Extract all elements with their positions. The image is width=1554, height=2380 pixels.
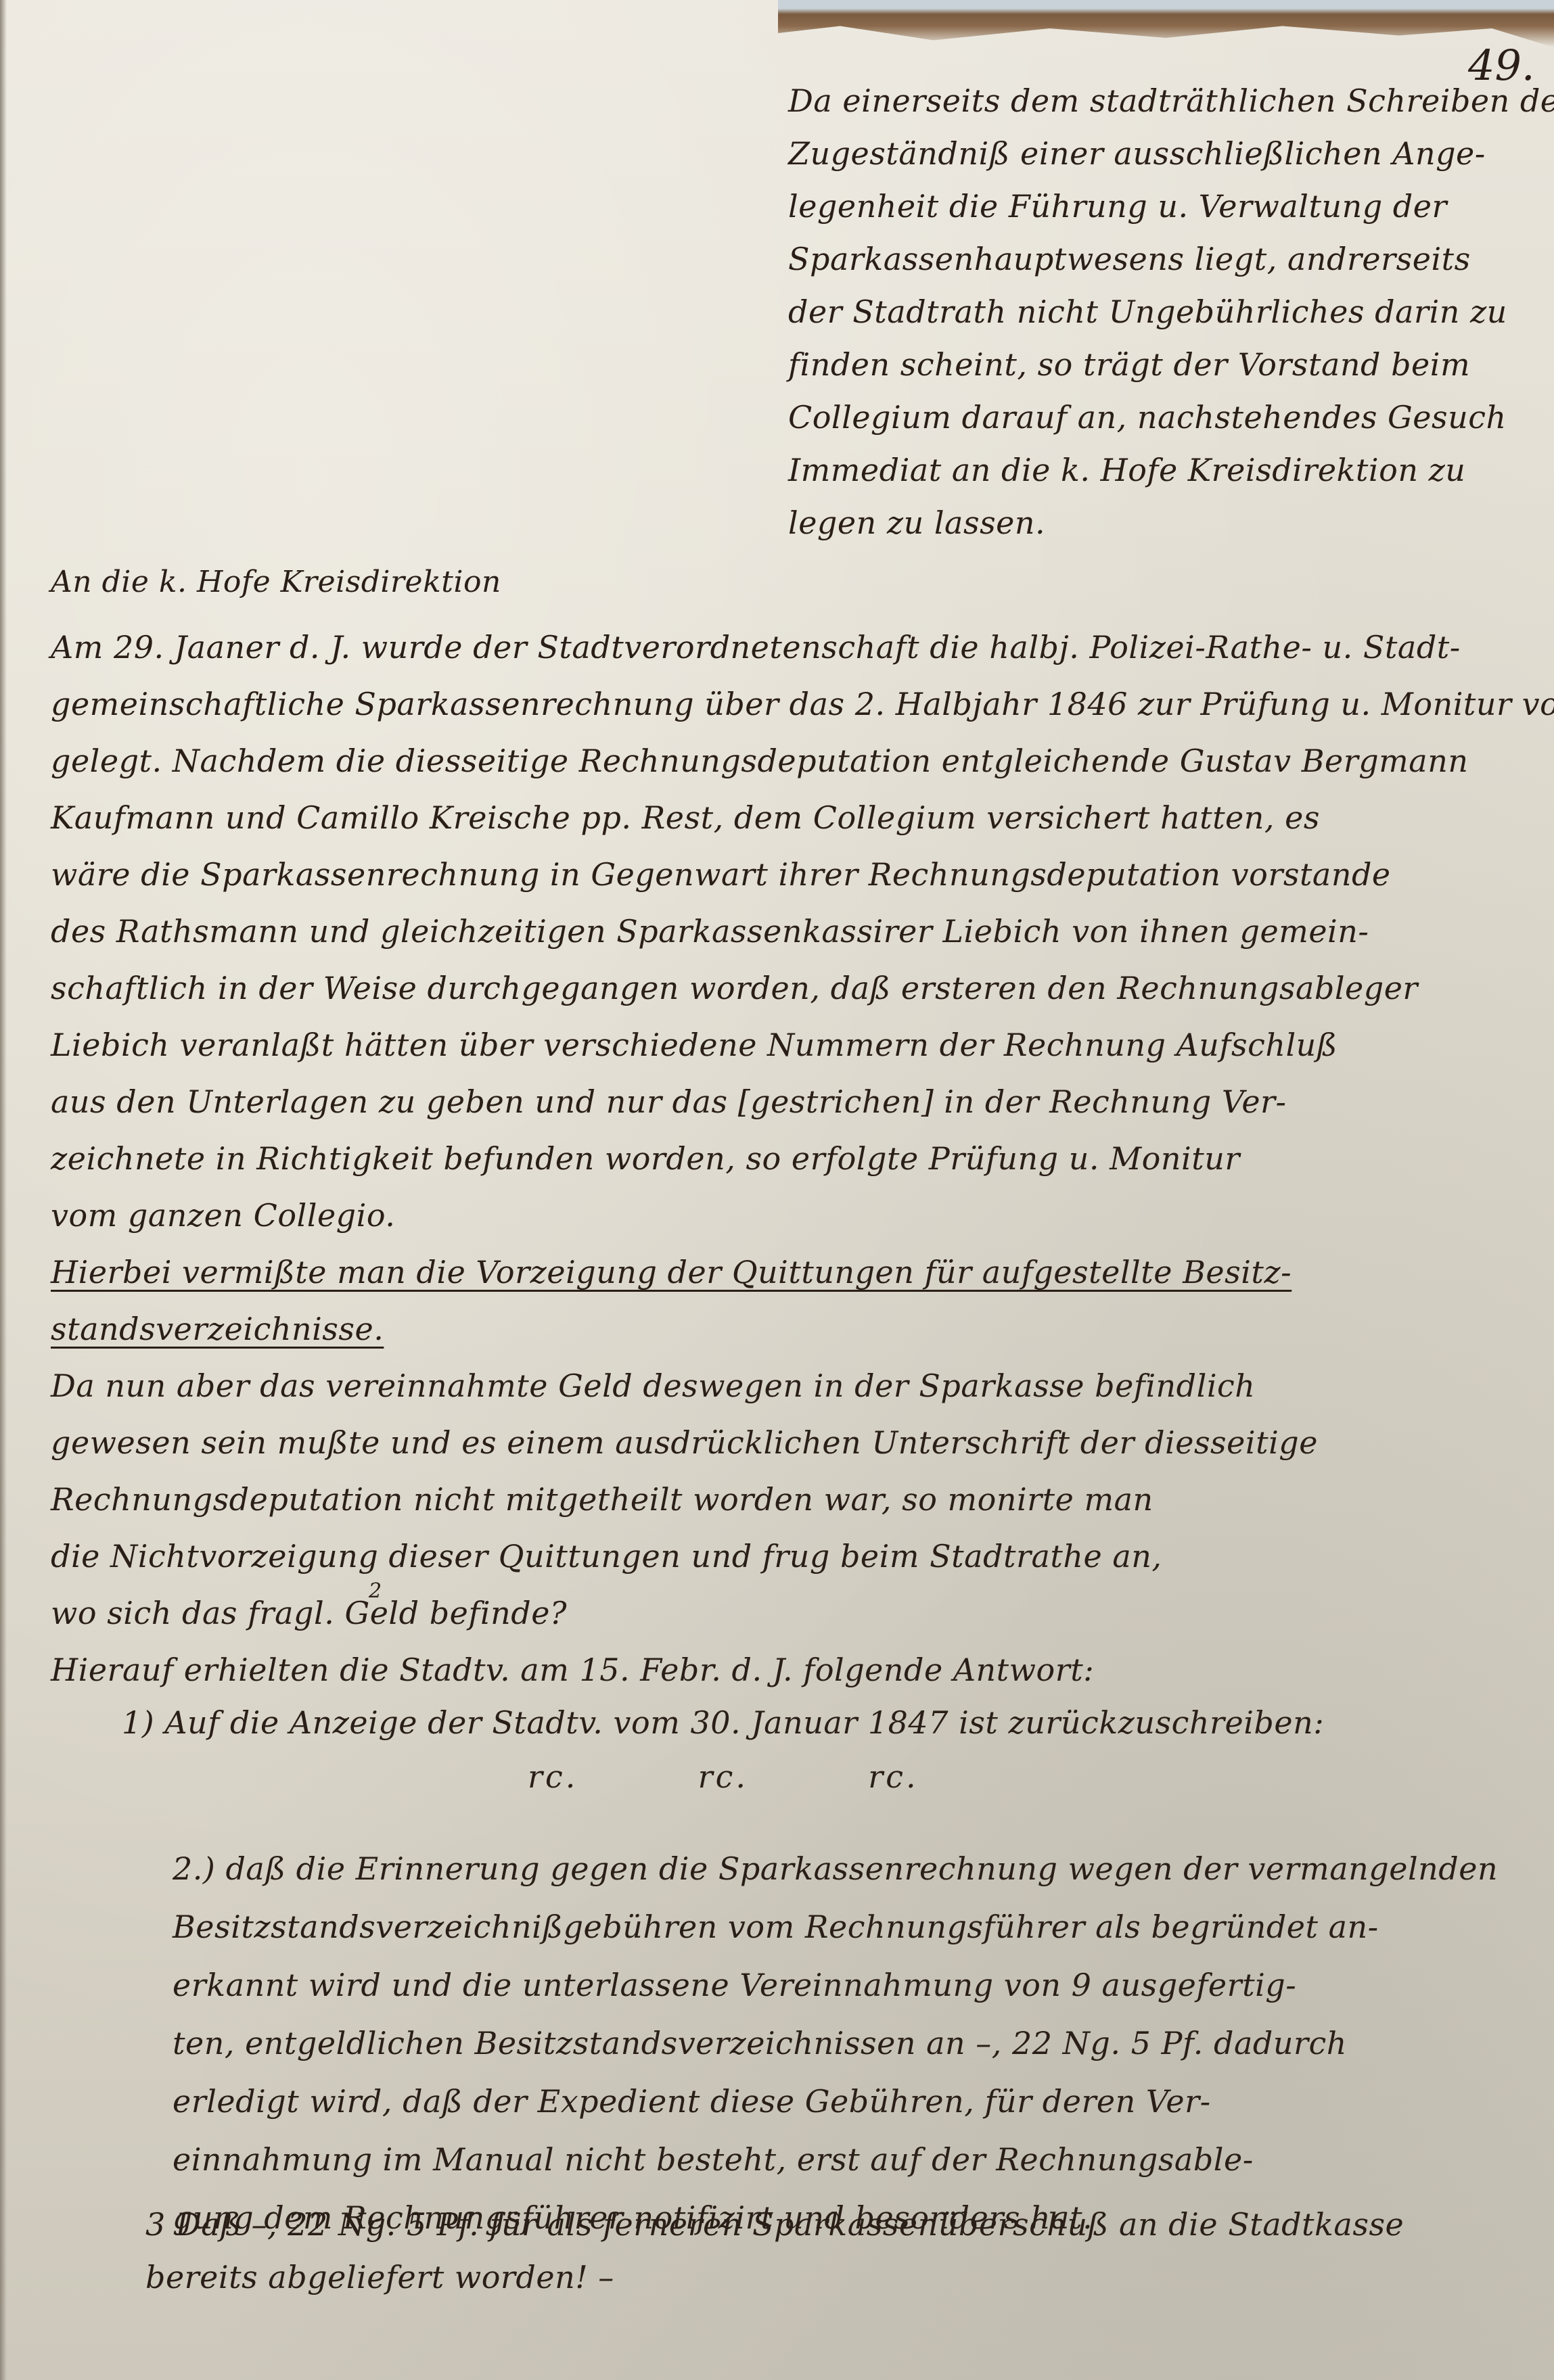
text-line: Collegium darauf an, nachstehendes Gesuc… (788, 391, 1554, 444)
text-line: finden scheint, so trägt der Vorstand be… (788, 338, 1554, 391)
text-line: gelegt. Nachdem die diesseitige Rechnung… (51, 732, 1539, 789)
text-line: ten, entgeldlichen Besitzstandsverzeichn… (173, 2014, 1498, 2072)
text-line: legenheit die Führung u. Verwaltung der (788, 180, 1554, 233)
text-line: einnahmung im Manual nicht besteht, erst… (173, 2130, 1498, 2189)
text-line: Immediat an die k. Hofe Kreisdirektion z… (788, 444, 1554, 496)
list-item-1: 1) Auf die Anzeige der Stadtv. vom 30. J… (122, 1704, 1324, 1741)
text-line: Da einerseits dem stadträthlichen Schrei… (788, 74, 1554, 127)
text-line: gemeinschaftliche Sparkassenrechnung übe… (51, 676, 1539, 732)
text-line: Liebich veranlaßt hätten über verschiede… (51, 1017, 1539, 1073)
continuation-mark: rc. (868, 1758, 918, 1795)
text-line: des Rathsmann und gleichzeitigen Sparkas… (51, 903, 1539, 960)
text-line: Am 29. Jaaner d. J. wurde der Stadtveror… (51, 619, 1539, 676)
text-line-underlined: standsverzeichnisse. (51, 1301, 1539, 1357)
text-line: erkannt wird und die unterlassene Verein… (173, 1956, 1498, 2014)
text-line: Zugeständniß einer ausschließlichen Ange… (788, 127, 1554, 180)
text-line: gewesen sein mußte und es einem ausdrück… (51, 1414, 1539, 1471)
text-line: Besitzstandsverzeichnißgebühren vom Rech… (173, 1898, 1498, 1956)
text-line: 2.) daß die Erinnerung gegen die Sparkas… (173, 1840, 1498, 1898)
text-line: Rechnungsdeputation nicht mitgetheilt wo… (51, 1471, 1539, 1528)
main-body: Am 29. Jaaner d. J. wurde der Stadtveror… (51, 619, 1539, 1698)
text-line-underlined: Hierbei vermißte man die Vorzeigung der … (51, 1244, 1539, 1301)
continuation-mark: rc. (698, 1758, 748, 1795)
text-line: die Nichtvorzeigung dieser Quittungen un… (51, 1528, 1539, 1585)
continuation-marks: rc. rc. rc. (528, 1758, 919, 1795)
page-left-edge (0, 0, 7, 2380)
text-line: wäre die Sparkassenrechnung in Gegenwart… (51, 846, 1539, 903)
text-line: Hierauf erhielten die Stadtv. am 15. Feb… (51, 1641, 1539, 1698)
superscript-mark: 2 (369, 1579, 382, 1603)
text-line: schaftlich in der Weise durchgegangen wo… (51, 960, 1539, 1017)
text-line: bereits abgeliefert worden! – (145, 2251, 1404, 2304)
manuscript-page: 49. Da einerseits dem stadträthlichen Sc… (0, 0, 1554, 2380)
right-column-note: Da einerseits dem stadträthlichen Schrei… (788, 74, 1554, 549)
text-line: legen zu lassen. (788, 496, 1554, 549)
text-line: Sparkassenhauptwesens liegt, andrerseits (788, 233, 1554, 285)
address-heading: An die k. Hofe Kreisdirektion (51, 565, 501, 599)
text-line: aus den Unterlagen zu geben und nur das … (51, 1073, 1539, 1130)
text-line: erledigt wird, daß der Expedient diese G… (173, 2072, 1498, 2130)
list-item-2: 2.) daß die Erinnerung gegen die Sparkas… (173, 1840, 1498, 2247)
text-line: wo sich das fragl. Geld befinde? (51, 1585, 1539, 1641)
damaged-top-edge (778, 0, 1554, 47)
continuation-mark: rc. (528, 1758, 578, 1795)
text-line: Da nun aber das vereinnahmte Geld desweg… (51, 1357, 1539, 1414)
text-line: 3 Daß –, 22 Ng. 5 Pf. für als ferneren S… (145, 2198, 1404, 2251)
text-line: vom ganzen Collegio. (51, 1187, 1539, 1244)
text-line: zeichnete in Richtigkeit befunden worden… (51, 1130, 1539, 1187)
footnote: 3 Daß –, 22 Ng. 5 Pf. für als ferneren S… (145, 2198, 1404, 2304)
text-line: Kaufmann und Camillo Kreische pp. Rest, … (51, 789, 1539, 846)
text-line: der Stadtrath nicht Ungebührliches darin… (788, 285, 1554, 338)
